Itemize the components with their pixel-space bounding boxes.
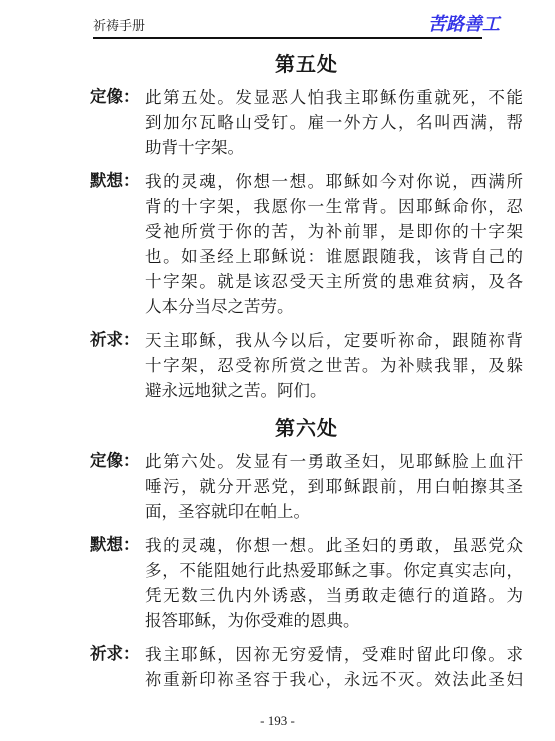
text-line: 我的灵魂，你想一想。耶稣如今对你说，西满所 xyxy=(145,169,523,194)
paragraph-text: 我主耶稣，因祢无穷爱情，受难时留此印像。求 祢重新印祢圣容于我心，永远不灭。效法… xyxy=(145,642,523,692)
station-6-petition-paragraph: 祈求： 我主耶稣，因祢无穷爱情，受难时留此印像。求 祢重新印祢圣容于我心，永远不… xyxy=(90,642,523,692)
text-line: 避永远地狱之苦。阿们。 xyxy=(145,378,523,403)
text-line: 十字架，忍受祢所赏之世苦。为补赎我罪，及躲 xyxy=(145,353,523,378)
text-line: 背的十字架，我愿你一生常背。因耶稣命你，忍 xyxy=(145,194,523,219)
paragraph-label-qiqiu: 祈求： xyxy=(90,328,145,353)
page-content: 第五处 定像： 此第五处。发显恶人怕我主耶稣伤重就死，不能 到加尔瓦略山受钉。雇… xyxy=(90,52,523,692)
paragraph-label-dingxiang: 定像： xyxy=(90,449,145,474)
station-6-meditation-paragraph: 默想： 我的灵魂，你想一想。此圣妇的勇敢，虽恶党众 多，不能阻她行此热爱耶稣之事… xyxy=(90,533,523,633)
paragraph-label-moxiang: 默想： xyxy=(90,169,145,194)
text-line: 此第六处。发显有一勇敢圣妇，见耶稣脸上血汗 xyxy=(145,449,523,474)
station-5-meditation-paragraph: 默想： 我的灵魂，你想一想。耶稣如今对你说，西满所 背的十字架，我愿你一生常背。… xyxy=(90,169,523,319)
paragraph-label-qiqiu: 祈求： xyxy=(90,642,145,667)
paragraph-text: 此第五处。发显恶人怕我主耶稣伤重就死，不能 到加尔瓦略山受钉。雇一外方人，名叫西… xyxy=(145,85,523,160)
header-rule xyxy=(93,37,482,39)
page-number: - 193 - xyxy=(260,713,295,728)
header-section-title: 苦路善工 xyxy=(428,14,500,34)
page-footer: - 193 - xyxy=(0,713,555,729)
text-line: 面，圣容就印在帕上。 xyxy=(145,499,523,524)
text-line: 此第五处。发显恶人怕我主耶稣伤重就死，不能 xyxy=(145,85,523,110)
station-6-title: 第六处 xyxy=(90,416,523,442)
text-line: 人本分当尽之苦劳。 xyxy=(145,294,523,319)
header-book-title: 祈祷手册 xyxy=(93,18,145,34)
paragraph-text: 天主耶稣，我从今以后，定要听祢命，跟随祢背 十字架，忍受祢所赏之世苦。为补赎我罪… xyxy=(145,328,523,403)
text-line: 助背十字架。 xyxy=(145,135,523,160)
text-line: 我的灵魂，你想一想。此圣妇的勇敢，虽恶党众 xyxy=(145,533,523,558)
station-5-title: 第五处 xyxy=(90,52,523,78)
text-line: 也。如圣经上耶稣说：谁愿跟随我，该背自己的 xyxy=(145,244,523,269)
text-line: 我主耶稣，因祢无穷爱情，受难时留此印像。求 xyxy=(145,642,523,667)
text-line: 唾污，就分开恶党，到耶稣跟前，用白帕擦其圣 xyxy=(145,474,523,499)
text-line: 报答耶稣，为你受难的恩典。 xyxy=(145,608,523,633)
paragraph-label-moxiang: 默想： xyxy=(90,533,145,558)
station-6-section: 第六处 定像： 此第六处。发显有一勇敢圣妇，见耶稣脸上血汗 唾污，就分开恶党，到… xyxy=(90,416,523,692)
text-line: 到加尔瓦略山受钉。雇一外方人，名叫西满，帮 xyxy=(145,110,523,135)
text-line: 十字架。就是该忍受天主所赏的患难贫病，及各 xyxy=(145,269,523,294)
station-5-image-paragraph: 定像： 此第五处。发显恶人怕我主耶稣伤重就死，不能 到加尔瓦略山受钉。雇一外方人… xyxy=(90,85,523,160)
page-header: 祈祷手册 苦路善工 xyxy=(93,14,490,34)
station-5-section: 第五处 定像： 此第五处。发显恶人怕我主耶稣伤重就死，不能 到加尔瓦略山受钉。雇… xyxy=(90,52,523,403)
text-line: 多，不能阻她行此热爱耶稣之事。你定真实志向， xyxy=(145,558,523,583)
document-page: 祈祷手册 苦路善工 第五处 定像： 此第五处。发显恶人怕我主耶稣伤重就死，不能 … xyxy=(0,0,555,741)
text-line: 天主耶稣，我从今以后，定要听祢命，跟随祢背 xyxy=(145,328,523,353)
paragraph-text: 此第六处。发显有一勇敢圣妇，见耶稣脸上血汗 唾污，就分开恶党，到耶稣跟前，用白帕… xyxy=(145,449,523,524)
text-line: 凭无数三仇内外诱惑，当勇敢走德行的道路。为 xyxy=(145,583,523,608)
paragraph-text: 我的灵魂，你想一想。此圣妇的勇敢，虽恶党众 多，不能阻她行此热爱耶稣之事。你定真… xyxy=(145,533,523,633)
station-5-petition-paragraph: 祈求： 天主耶稣，我从今以后，定要听祢命，跟随祢背 十字架，忍受祢所赏之世苦。为… xyxy=(90,328,523,403)
text-line: 祢重新印祢圣容于我心，永远不灭。效法此圣妇 xyxy=(145,667,523,692)
paragraph-label-dingxiang: 定像： xyxy=(90,85,145,110)
station-6-image-paragraph: 定像： 此第六处。发显有一勇敢圣妇，见耶稣脸上血汗 唾污，就分开恶党，到耶稣跟前… xyxy=(90,449,523,524)
text-line: 受祂所赏于你的苦，为补前罪，是即你的十字架 xyxy=(145,219,523,244)
paragraph-text: 我的灵魂，你想一想。耶稣如今对你说，西满所 背的十字架，我愿你一生常背。因耶稣命… xyxy=(145,169,523,319)
